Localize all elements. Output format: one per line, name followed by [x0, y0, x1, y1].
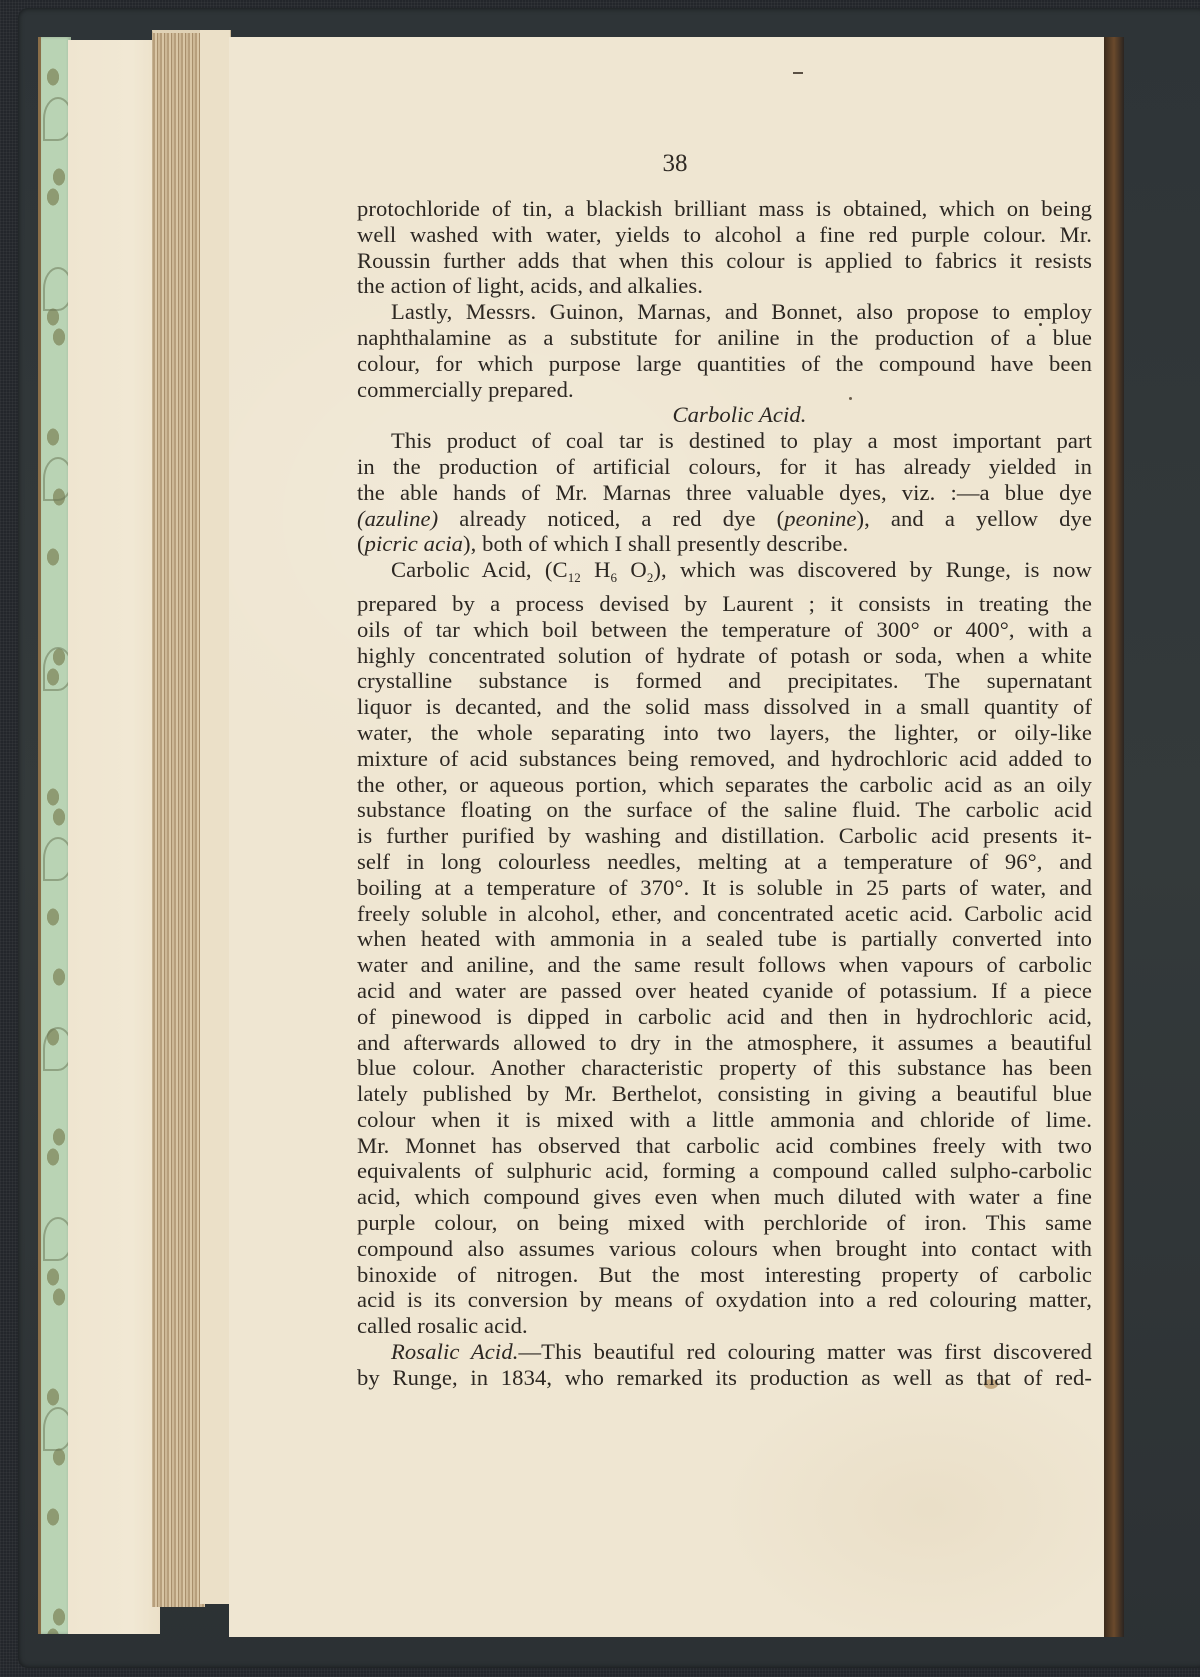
next-page-edge — [1104, 37, 1124, 1637]
text-line: and afterwards allowed to dry in the atm… — [357, 1030, 1092, 1056]
text-fragment: O — [617, 557, 647, 582]
text-line: blue colour. Another characteristic prop… — [357, 1055, 1092, 1081]
text-line: in the production of artificial colours,… — [357, 454, 1092, 480]
text-line: protochloride of tin, a blackish brillia… — [357, 196, 1092, 222]
term-azuline: (azuline) — [357, 506, 438, 531]
text-line: Roussin further adds that when this colo… — [357, 248, 1092, 274]
text-line: colour when it is mixed with a little am… — [357, 1107, 1092, 1133]
text-fragment: already noticed, a red dye ( — [438, 506, 784, 531]
text-line: acid, which compound gives even when muc… — [357, 1184, 1092, 1210]
text-line: is further purified by washing and disti… — [357, 823, 1092, 849]
text-line: water, the whole separating into two lay… — [357, 720, 1092, 746]
text-line: commercially prepared. — [357, 377, 1092, 403]
text-line-rosalic: Rosalic Acid.—This beautiful red colouri… — [357, 1339, 1092, 1365]
page-stack-edge — [152, 30, 205, 1607]
text-line: freely soluble in alcohol, ether, and co… — [357, 901, 1092, 927]
text-line: the other, or aqueous portion, which sep… — [357, 772, 1092, 798]
text-fragment: ), both of which I shall presently descr… — [463, 531, 848, 556]
text-line: well washed with water, yields to alcoho… — [357, 222, 1092, 248]
text-fragment: ( — [357, 531, 365, 556]
text-line: naphthalamine as a substitute for anilin… — [357, 325, 1092, 351]
text-line: Lastly, Messrs. Guinon, Marnas, and Bonn… — [357, 299, 1092, 325]
text-line: This product of coal tar is destined to … — [357, 428, 1092, 454]
text-line: the action of light, acids, and alkalies… — [357, 273, 1092, 299]
text-line: lately published by Mr. Berthelot, consi… — [357, 1081, 1092, 1107]
page-body-text: protochloride of tin, a blackish brillia… — [357, 196, 1092, 1391]
blank-flyleaf — [68, 40, 160, 1634]
text-line-dyes: (azuline) already noticed, a red dye (pe… — [357, 506, 1092, 532]
text-line: liquor is decanted, and the solid mass d… — [357, 694, 1092, 720]
text-line: colour, for which purpose large quantiti… — [357, 351, 1092, 377]
text-line: compound also assumes various colours wh… — [357, 1236, 1092, 1262]
underlying-page-edge — [200, 30, 231, 1604]
text-line: by Runge, in 1834, who remarked its prod… — [357, 1365, 1092, 1391]
term-peonine: peonine — [784, 506, 856, 531]
text-line: water and aniline, and the same result f… — [357, 952, 1092, 978]
text-line: when heated with ammonia in a sealed tub… — [357, 926, 1092, 952]
marbled-endpaper — [38, 37, 71, 1634]
text-line: equivalents of sulphuric acid, forming a… — [357, 1158, 1092, 1184]
text-line: called rosalic acid. — [357, 1313, 1092, 1339]
section-heading-carbolic-acid: Carbolic Acid. — [357, 402, 1092, 428]
text-line-picric: (picric acia), both of which I shall pre… — [357, 531, 1092, 557]
text-line: the able hands of Mr. Marnas three valua… — [357, 480, 1092, 506]
term-picric-acid: picric acia — [365, 531, 463, 556]
text-line: highly concentrated solution of hydrate … — [357, 643, 1092, 669]
text-line: boiling at a temperature of 370°. It is … — [357, 875, 1092, 901]
page-number: 38 — [0, 150, 1200, 178]
text-fragment: Carbolic Acid, (C — [391, 557, 568, 582]
text-line: acid and water are passed over heated cy… — [357, 978, 1092, 1004]
text-fragment: ), and a yellow dye — [857, 506, 1093, 531]
text-fragment: ), which was discovered by Runge, is now — [653, 557, 1092, 582]
text-line: self in long colourless needles, melting… — [357, 849, 1092, 875]
formula-subscript: 12 — [568, 570, 581, 585]
section-heading-rosalic-acid: Rosalic Acid. — [391, 1339, 518, 1364]
text-line: oils of tar which boil between the tempe… — [357, 617, 1092, 643]
text-line: crystalline substance is formed and prec… — [357, 668, 1092, 694]
printer-mark — [793, 72, 803, 74]
text-line: mixture of acid substances being removed… — [357, 746, 1092, 772]
text-line: of pinewood is dipped in carbolic acid a… — [357, 1004, 1092, 1030]
text-line: substance floating on the surface of the… — [357, 797, 1092, 823]
text-fragment: —This beautiful red colouring matter was… — [518, 1339, 1092, 1364]
text-line-formula: Carbolic Acid, (C12 H6 O2), which was di… — [357, 557, 1092, 591]
text-line: binoxide of nitrogen. But the most inter… — [357, 1262, 1092, 1288]
text-fragment: H — [581, 557, 611, 582]
text-line: purple colour, on being mixed with perch… — [357, 1210, 1092, 1236]
text-line: acid is its conversion by means of oxyda… — [357, 1287, 1092, 1313]
text-line: prepared by a process devised by Laurent… — [357, 591, 1092, 617]
text-line: Mr. Monnet has observed that carbolic ac… — [357, 1133, 1092, 1159]
